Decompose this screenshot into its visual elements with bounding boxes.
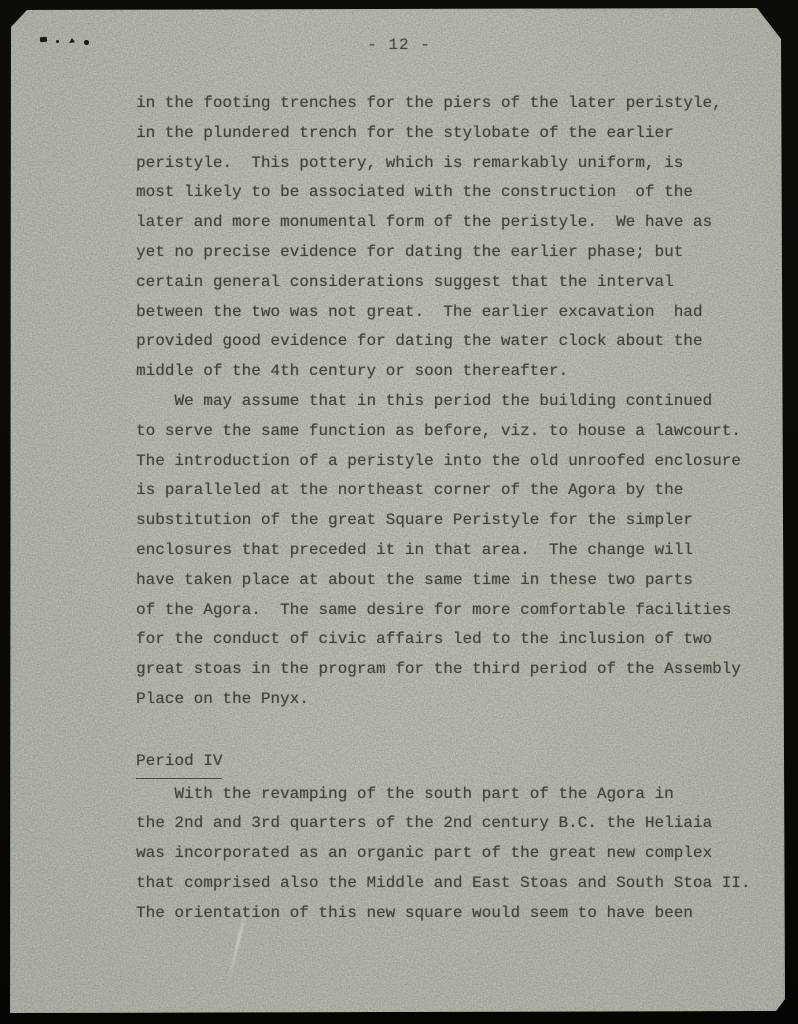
text-line: the 2nd and 3rd quarters of the 2nd cent… [136,809,761,839]
text-line: The introduction of a peristyle into the… [136,447,761,477]
text-line: substitution of the great Square Peristy… [136,506,761,536]
text-line: later and more monumental form of the pe… [136,208,761,238]
text-line: Place on the Pnyx. [136,685,761,715]
text-line: in the footing trenches for the piers of… [136,89,761,119]
text-line: provided good evidence for dating the wa… [136,327,761,357]
text-line: have taken place at about the same time … [136,566,761,596]
section-heading-row: Period IV [136,747,761,777]
text-line: is paralleled at the northeast corner of… [136,476,761,506]
scan-background: - 12 - in the footing trenches for the p… [0,0,798,1024]
section-heading: Period IV [136,747,222,779]
text-line: The orientation of this new square would… [136,899,761,929]
text-line: to serve the same function as before, vi… [136,417,761,447]
text-line: for the conduct of civic affairs led to … [136,625,761,655]
document-text: in the footing trenches for the piers of… [136,89,761,929]
text-line: enclosures that preceded it in that area… [136,536,761,566]
section-paragraph: With the revamping of the south part of … [136,780,761,929]
text-line: great stoas in the program for the third… [136,655,761,685]
page-number: - 12 - [0,31,798,59]
text-line: peristyle. This pottery, which is remark… [136,149,761,179]
text-line: middle of the 4th century or soon therea… [136,357,761,387]
text-line: most likely to be associated with the co… [136,178,761,208]
text-line: certain general considerations suggest t… [136,268,761,298]
text-line: of the Agora. The same desire for more c… [136,596,761,626]
text-line: that comprised also the Middle and East … [136,869,761,899]
document-page: - 12 - in the footing trenches for the p… [0,0,798,1024]
text-line: With the revamping of the south part of … [136,780,761,810]
text-line: was incorporated as an organic part of t… [136,839,761,869]
text-line: yet no precise evidence for dating the e… [136,238,761,268]
text-line: in the plundered trench for the stylobat… [136,119,761,149]
text-line: between the two was not great. The earli… [136,298,761,328]
text-line: We may assume that in this period the bu… [136,387,761,417]
